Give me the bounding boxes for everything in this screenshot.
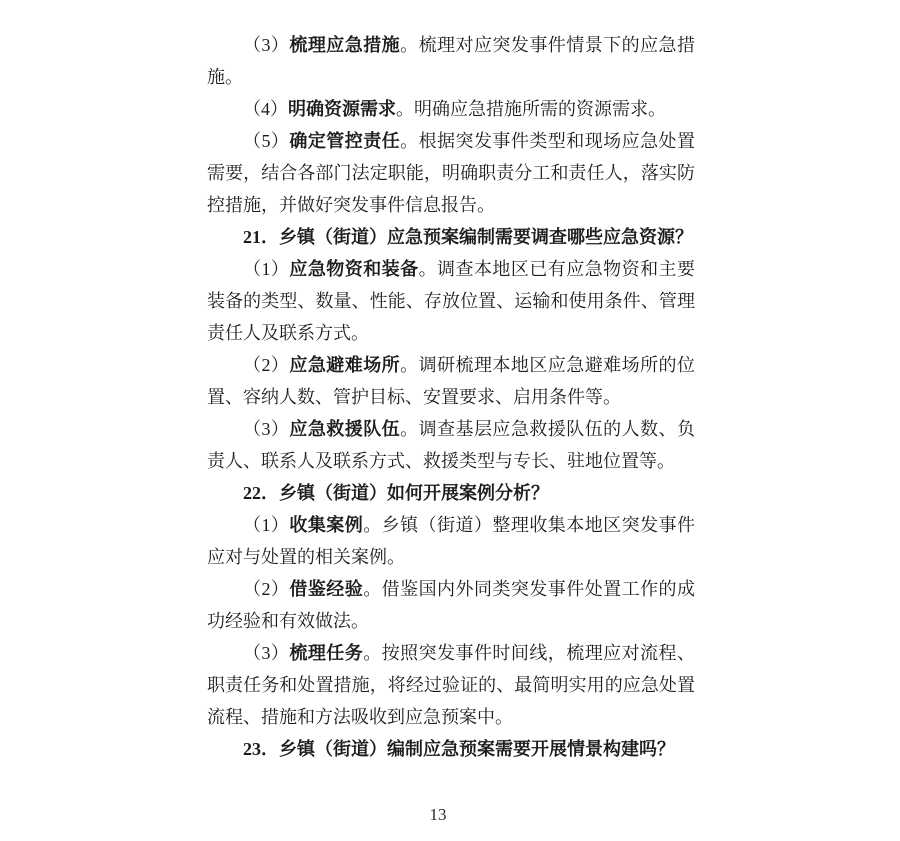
item-body-text: 。明确应急措施所需的资源需求。: [396, 99, 666, 119]
item-number: （5）: [243, 131, 289, 151]
item-number: （2）: [243, 579, 289, 599]
answer-paragraph: （5）确定管控责任。根据突发事件类型和现场应急处置需要，结合各部门法定职能，明确…: [207, 125, 695, 221]
item-lead-phrase: 应急避难场所: [289, 355, 400, 375]
item-lead-phrase: 梳理任务: [289, 643, 363, 663]
question-heading: 21．乡镇（街道）应急预案编制需要调查哪些应急资源？: [207, 221, 695, 253]
document-body: （3）梳理应急措施。梳理对应突发事件情景下的应急措施。（4）明确资源需求。明确应…: [207, 29, 695, 765]
item-number: （3）: [243, 419, 289, 439]
item-lead-phrase: 梳理应急措施: [289, 35, 400, 55]
answer-paragraph: （2）借鉴经验。借鉴国内外同类突发事件处置工作的成功经验和有效做法。: [207, 573, 695, 637]
answer-paragraph: （3）梳理应急措施。梳理对应突发事件情景下的应急措施。: [207, 29, 695, 93]
item-lead-phrase: 确定管控责任: [289, 131, 400, 151]
item-number: （3）: [243, 643, 289, 663]
item-lead-phrase: 收集案例: [289, 515, 363, 535]
item-number: （2）: [243, 355, 289, 375]
answer-paragraph: （4）明确资源需求。明确应急措施所需的资源需求。: [207, 93, 695, 125]
item-number: （1）: [243, 515, 289, 535]
answer-paragraph: （2）应急避难场所。调研梳理本地区应急避难场所的位置、容纳人数、管护目标、安置要…: [207, 349, 695, 413]
answer-paragraph: （3）应急救援队伍。调查基层应急救援队伍的人数、负责人、联系人及联系方式、救援类…: [207, 413, 695, 477]
item-lead-phrase: 应急救援队伍: [289, 419, 400, 439]
item-number: （1）: [243, 259, 289, 279]
answer-paragraph: （1）应急物资和装备。调查本地区已有应急物资和主要装备的类型、数量、性能、存放位…: [207, 253, 695, 349]
item-lead-phrase: 应急物资和装备: [289, 259, 418, 279]
answer-paragraph: （1）收集案例。乡镇（街道）整理收集本地区突发事件应对与处置的相关案例。: [207, 509, 695, 573]
item-lead-phrase: 借鉴经验: [289, 579, 363, 599]
question-heading: 23．乡镇（街道）编制应急预案需要开展情景构建吗？: [207, 733, 695, 765]
page-number: 13: [194, 805, 682, 825]
item-lead-phrase: 明确资源需求: [288, 99, 396, 119]
document-page: （3）梳理应急措施。梳理对应突发事件情景下的应急措施。（4）明确资源需求。明确应…: [0, 0, 900, 841]
question-heading: 22．乡镇（街道）如何开展案例分析？: [207, 477, 695, 509]
item-number: （4）: [243, 99, 288, 119]
answer-paragraph: （3）梳理任务。按照突发事件时间线，梳理应对流程、职责任务和处置措施，将经过验证…: [207, 637, 695, 733]
item-number: （3）: [243, 35, 289, 55]
